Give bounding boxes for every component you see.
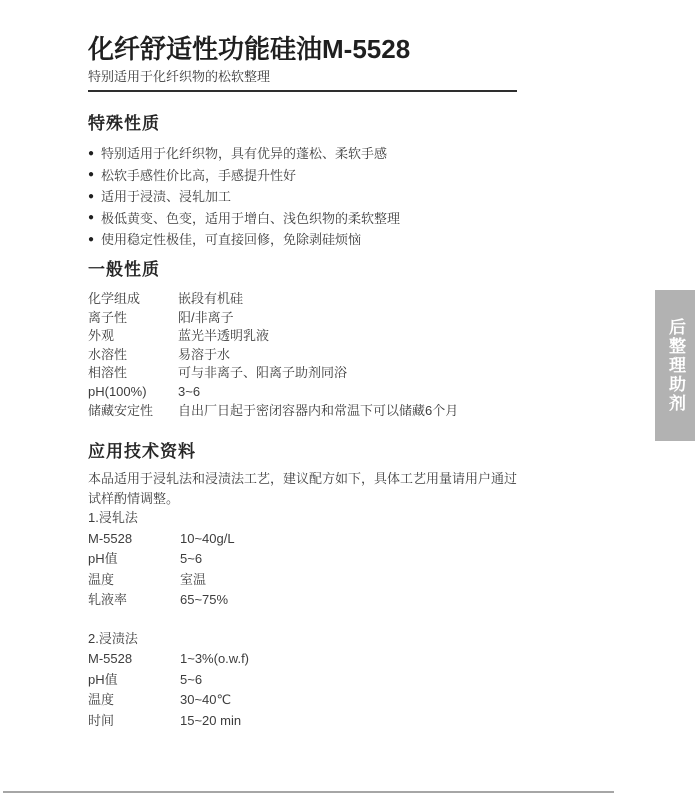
special-properties-list: ● 特别适用于化纤织物，具有优异的蓬松、柔软手感 ● 松软手感性价比高，手感提升… bbox=[88, 143, 558, 251]
list-item-text: 松软手感性价比高，手感提升性好 bbox=[101, 165, 296, 187]
page-bottom-divider bbox=[3, 791, 614, 793]
row-label: M-5528 bbox=[88, 649, 180, 670]
bullet-icon: ● bbox=[88, 213, 94, 223]
row-label: 相溶性 bbox=[88, 364, 178, 383]
table-row: 温度 30~40℃ bbox=[88, 690, 568, 711]
table-row: 外观 蓝光半透明乳液 bbox=[88, 327, 648, 346]
method-padding: 1.浸轧法 M-5528 10~40g/L pH值 5~6 温度 室温 轧液率 … bbox=[88, 508, 568, 611]
list-item: ● 特别适用于化纤织物，具有优异的蓬松、柔软手感 bbox=[88, 143, 558, 165]
row-value: 5~6 bbox=[180, 549, 202, 570]
row-value: 10~40g/L bbox=[180, 529, 235, 550]
table-row: 化学组成 嵌段有机硅 bbox=[88, 290, 648, 309]
method-dipping: 2.浸渍法 M-5528 1~3%(o.w.f) pH值 5~6 温度 30~4… bbox=[88, 629, 568, 732]
row-value: 蓝光半透明乳液 bbox=[178, 327, 269, 346]
category-tab: 后整理助剂 bbox=[655, 290, 695, 441]
row-value: 阳/非离子 bbox=[178, 309, 234, 328]
general-properties-table: 化学组成 嵌段有机硅 离子性 阳/非离子 外观 蓝光半透明乳液 水溶性 易溶于水… bbox=[88, 290, 648, 420]
method-name: 2.浸渍法 bbox=[88, 629, 568, 650]
list-item-text: 使用稳定性极佳，可直接回修，免除剥硅烦恼 bbox=[101, 229, 361, 251]
row-value: 嵌段有机硅 bbox=[178, 290, 243, 309]
list-item-text: 特别适用于化纤织物，具有优异的蓬松、柔软手感 bbox=[101, 143, 387, 165]
datasheet-page: 化纤舒适性功能硅油M-5528 特别适用于化纤织物的松软整理 特殊性质 ● 特别… bbox=[0, 0, 696, 798]
row-label: pH(100%) bbox=[88, 383, 178, 402]
row-value: 30~40℃ bbox=[180, 690, 231, 711]
category-tab-label: 后整理助剂 bbox=[655, 318, 695, 413]
table-row: 离子性 阳/非离子 bbox=[88, 309, 648, 328]
row-label: 温度 bbox=[88, 570, 180, 591]
table-row: pH(100%) 3~6 bbox=[88, 383, 648, 402]
section-heading-application: 应用技术资料 bbox=[88, 441, 568, 463]
table-row: M-5528 10~40g/L bbox=[88, 529, 568, 550]
table-row: pH值 5~6 bbox=[88, 670, 568, 691]
list-item-text: 极低黄变、色变，适用于增白、浅色织物的柔软整理 bbox=[101, 208, 400, 230]
row-label: pH值 bbox=[88, 549, 180, 570]
row-value: 15~20 min bbox=[180, 711, 241, 732]
section-application: 应用技术资料 本品适用于浸轧法和浸渍法工艺，建议配方如下，具体工艺用量请用户通过… bbox=[88, 441, 568, 731]
row-label: 温度 bbox=[88, 690, 180, 711]
row-value: 可与非离子、阳离子助剂同浴 bbox=[178, 364, 347, 383]
row-value: 65~75% bbox=[180, 590, 228, 611]
bullet-icon: ● bbox=[88, 170, 94, 180]
row-value: 1~3%(o.w.f) bbox=[180, 649, 249, 670]
list-item: ● 极低黄变、色变，适用于增白、浅色织物的柔软整理 bbox=[88, 208, 558, 230]
table-row: 相溶性 可与非离子、阳离子助剂同浴 bbox=[88, 364, 648, 383]
row-label: 化学组成 bbox=[88, 290, 178, 309]
row-value: 5~6 bbox=[180, 670, 202, 691]
bullet-icon: ● bbox=[88, 235, 94, 245]
list-item: ● 使用稳定性极佳，可直接回修，免除剥硅烦恼 bbox=[88, 229, 558, 251]
section-heading-general: 一般性质 bbox=[88, 259, 648, 281]
header: 化纤舒适性功能硅油M-5528 特别适用于化纤织物的松软整理 bbox=[88, 33, 517, 92]
list-item-text: 适用于浸渍、浸轧加工 bbox=[101, 186, 231, 208]
table-row: 轧液率 65~75% bbox=[88, 590, 568, 611]
row-value: 易溶于水 bbox=[178, 346, 230, 365]
row-value: 室温 bbox=[180, 570, 206, 591]
table-row: 水溶性 易溶于水 bbox=[88, 346, 648, 365]
row-label: M-5528 bbox=[88, 529, 180, 550]
section-special-properties: 特殊性质 ● 特别适用于化纤织物，具有优异的蓬松、柔软手感 ● 松软手感性价比高… bbox=[88, 113, 558, 251]
table-row: pH值 5~6 bbox=[88, 549, 568, 570]
row-value: 自出厂日起于密闭容器内和常温下可以储藏6个月 bbox=[178, 402, 458, 421]
row-label: 外观 bbox=[88, 327, 178, 346]
row-label: pH值 bbox=[88, 670, 180, 691]
list-item: ● 适用于浸渍、浸轧加工 bbox=[88, 186, 558, 208]
table-row: 储藏安定性 自出厂日起于密闭容器内和常温下可以储藏6个月 bbox=[88, 402, 648, 421]
section-general-properties: 一般性质 化学组成 嵌段有机硅 离子性 阳/非离子 外观 蓝光半透明乳液 水溶性… bbox=[88, 259, 648, 420]
row-label: 离子性 bbox=[88, 309, 178, 328]
row-label: 储藏安定性 bbox=[88, 402, 178, 421]
row-label: 水溶性 bbox=[88, 346, 178, 365]
method-name: 1.浸轧法 bbox=[88, 508, 568, 529]
bullet-icon: ● bbox=[88, 192, 94, 202]
bullet-icon: ● bbox=[88, 149, 94, 159]
table-row: 时间 15~20 min bbox=[88, 711, 568, 732]
table-row: 温度 室温 bbox=[88, 570, 568, 591]
row-label: 轧液率 bbox=[88, 590, 180, 611]
page-title: 化纤舒适性功能硅油M-5528 bbox=[88, 33, 517, 65]
list-item: ● 松软手感性价比高，手感提升性好 bbox=[88, 165, 558, 187]
row-label: 时间 bbox=[88, 711, 180, 732]
section-heading-special: 特殊性质 bbox=[88, 113, 558, 135]
table-row: M-5528 1~3%(o.w.f) bbox=[88, 649, 568, 670]
row-value: 3~6 bbox=[178, 383, 200, 402]
application-intro: 本品适用于浸轧法和浸渍法工艺，建议配方如下，具体工艺用量请用户通过试样酌情调整。 bbox=[88, 469, 522, 508]
page-subtitle: 特别适用于化纤织物的松软整理 bbox=[88, 68, 517, 85]
